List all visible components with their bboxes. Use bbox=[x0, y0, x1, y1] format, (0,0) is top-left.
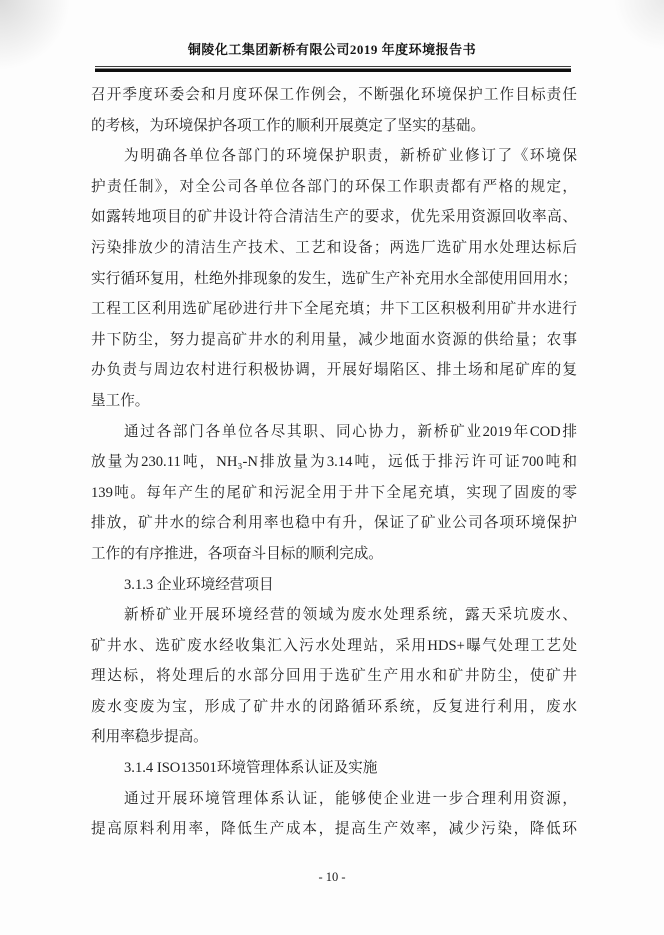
body-line: 为明确各单位各部门的环境保护职责，新桥矿业修订了《环境保 bbox=[91, 141, 577, 172]
body-line: 的考核，为环境保护各项工作的顺利开展奠定了坚实的基础。 bbox=[91, 111, 577, 142]
body-line: 139吨。每年产生的尾矿和污泥全用于井下全尾充填，实现了固废的零 bbox=[91, 478, 577, 509]
header-rule bbox=[95, 66, 571, 72]
body-line: 放量为230.11吨，NH₃-N排放量为3.14吨，远低于排污许可证700吨和 bbox=[91, 447, 577, 478]
body-line: 工作的有序推进，各项奋斗目标的顺利完成。 bbox=[91, 539, 577, 570]
body-line: 矿井水、选矿废水经收集汇入污水处理站，采用HDS+曝气处理工艺处 bbox=[91, 631, 577, 662]
body-line: 召开季度环委会和月度环保工作例会，不断强化环境保护工作目标责任 bbox=[91, 80, 577, 111]
body-line: 井下防尘，努力提高矿井水的利用量，减少地面水资源的供给量；农事 bbox=[91, 325, 577, 356]
body-line: 提高原料利用率，降低生产成本，提高生产效率，减少污染，降低环 bbox=[91, 814, 577, 845]
body-line: 污染排放少的清洁生产技术、工艺和设备；两选厂选矿用水处理达标后 bbox=[91, 233, 577, 264]
body-line: 垦工作。 bbox=[91, 386, 577, 417]
body-line: 废水变废为宝，形成了矿井水的闭路循环系统，反复进行利用，废水 bbox=[91, 692, 577, 723]
body-line: 实行循环复用，杜绝外排现象的发生，选矿生产补充用水全部使用回用水； bbox=[91, 264, 577, 295]
body-line: 排放，矿井水的综合利用率也稳中有升，保证了矿业公司各项环境保护 bbox=[91, 508, 577, 539]
section-heading: 3.1.4 ISO13501环境管理体系认证及实施 bbox=[91, 753, 577, 784]
body-line: 通过开展环境管理体系认证，能够使企业进一步合理利用资源， bbox=[91, 784, 577, 815]
body-line: 通过各部门各单位各尽其职、同心协力，新桥矿业2019年COD排 bbox=[91, 417, 577, 448]
body-line: 利用率稳步提高。 bbox=[91, 722, 577, 753]
page-number: - 10 - bbox=[0, 870, 664, 885]
body-line: 理达标，将处理后的水部分回用于选矿生产用水和矿井防尘，使矿井 bbox=[91, 661, 577, 692]
body-line: 护责任制》，对全公司各单位各部门的环保工作职责都有严格的规定， bbox=[91, 172, 577, 203]
body-line: 如露转地项目的矿井设计符合清洁生产的要求，优先采用资源回收率高、 bbox=[91, 202, 577, 233]
body-line: 办负责与周边农村进行积极协调，开展好塌陷区、排土场和尾矿库的复 bbox=[91, 355, 577, 386]
section-heading: 3.1.3 企业环境经营项目 bbox=[91, 570, 577, 601]
document-page: 铜陵化工集团新桥有限公司2019 年度环境报告书 召开季度环委会和月度环保工作例… bbox=[0, 0, 664, 935]
page-header-title: 铜陵化工集团新桥有限公司2019 年度环境报告书 bbox=[0, 39, 664, 58]
body-line: 工程工区利用选矿尾砂进行井下全尾充填；井下工区积极利用矿井水进行 bbox=[91, 294, 577, 325]
body-line: 新桥矿业开展环境经营的领域为废水处理系统，露天采坑废水、 bbox=[91, 600, 577, 631]
document-body: 召开季度环委会和月度环保工作例会，不断强化环境保护工作目标责任的考核，为环境保护… bbox=[91, 80, 577, 845]
